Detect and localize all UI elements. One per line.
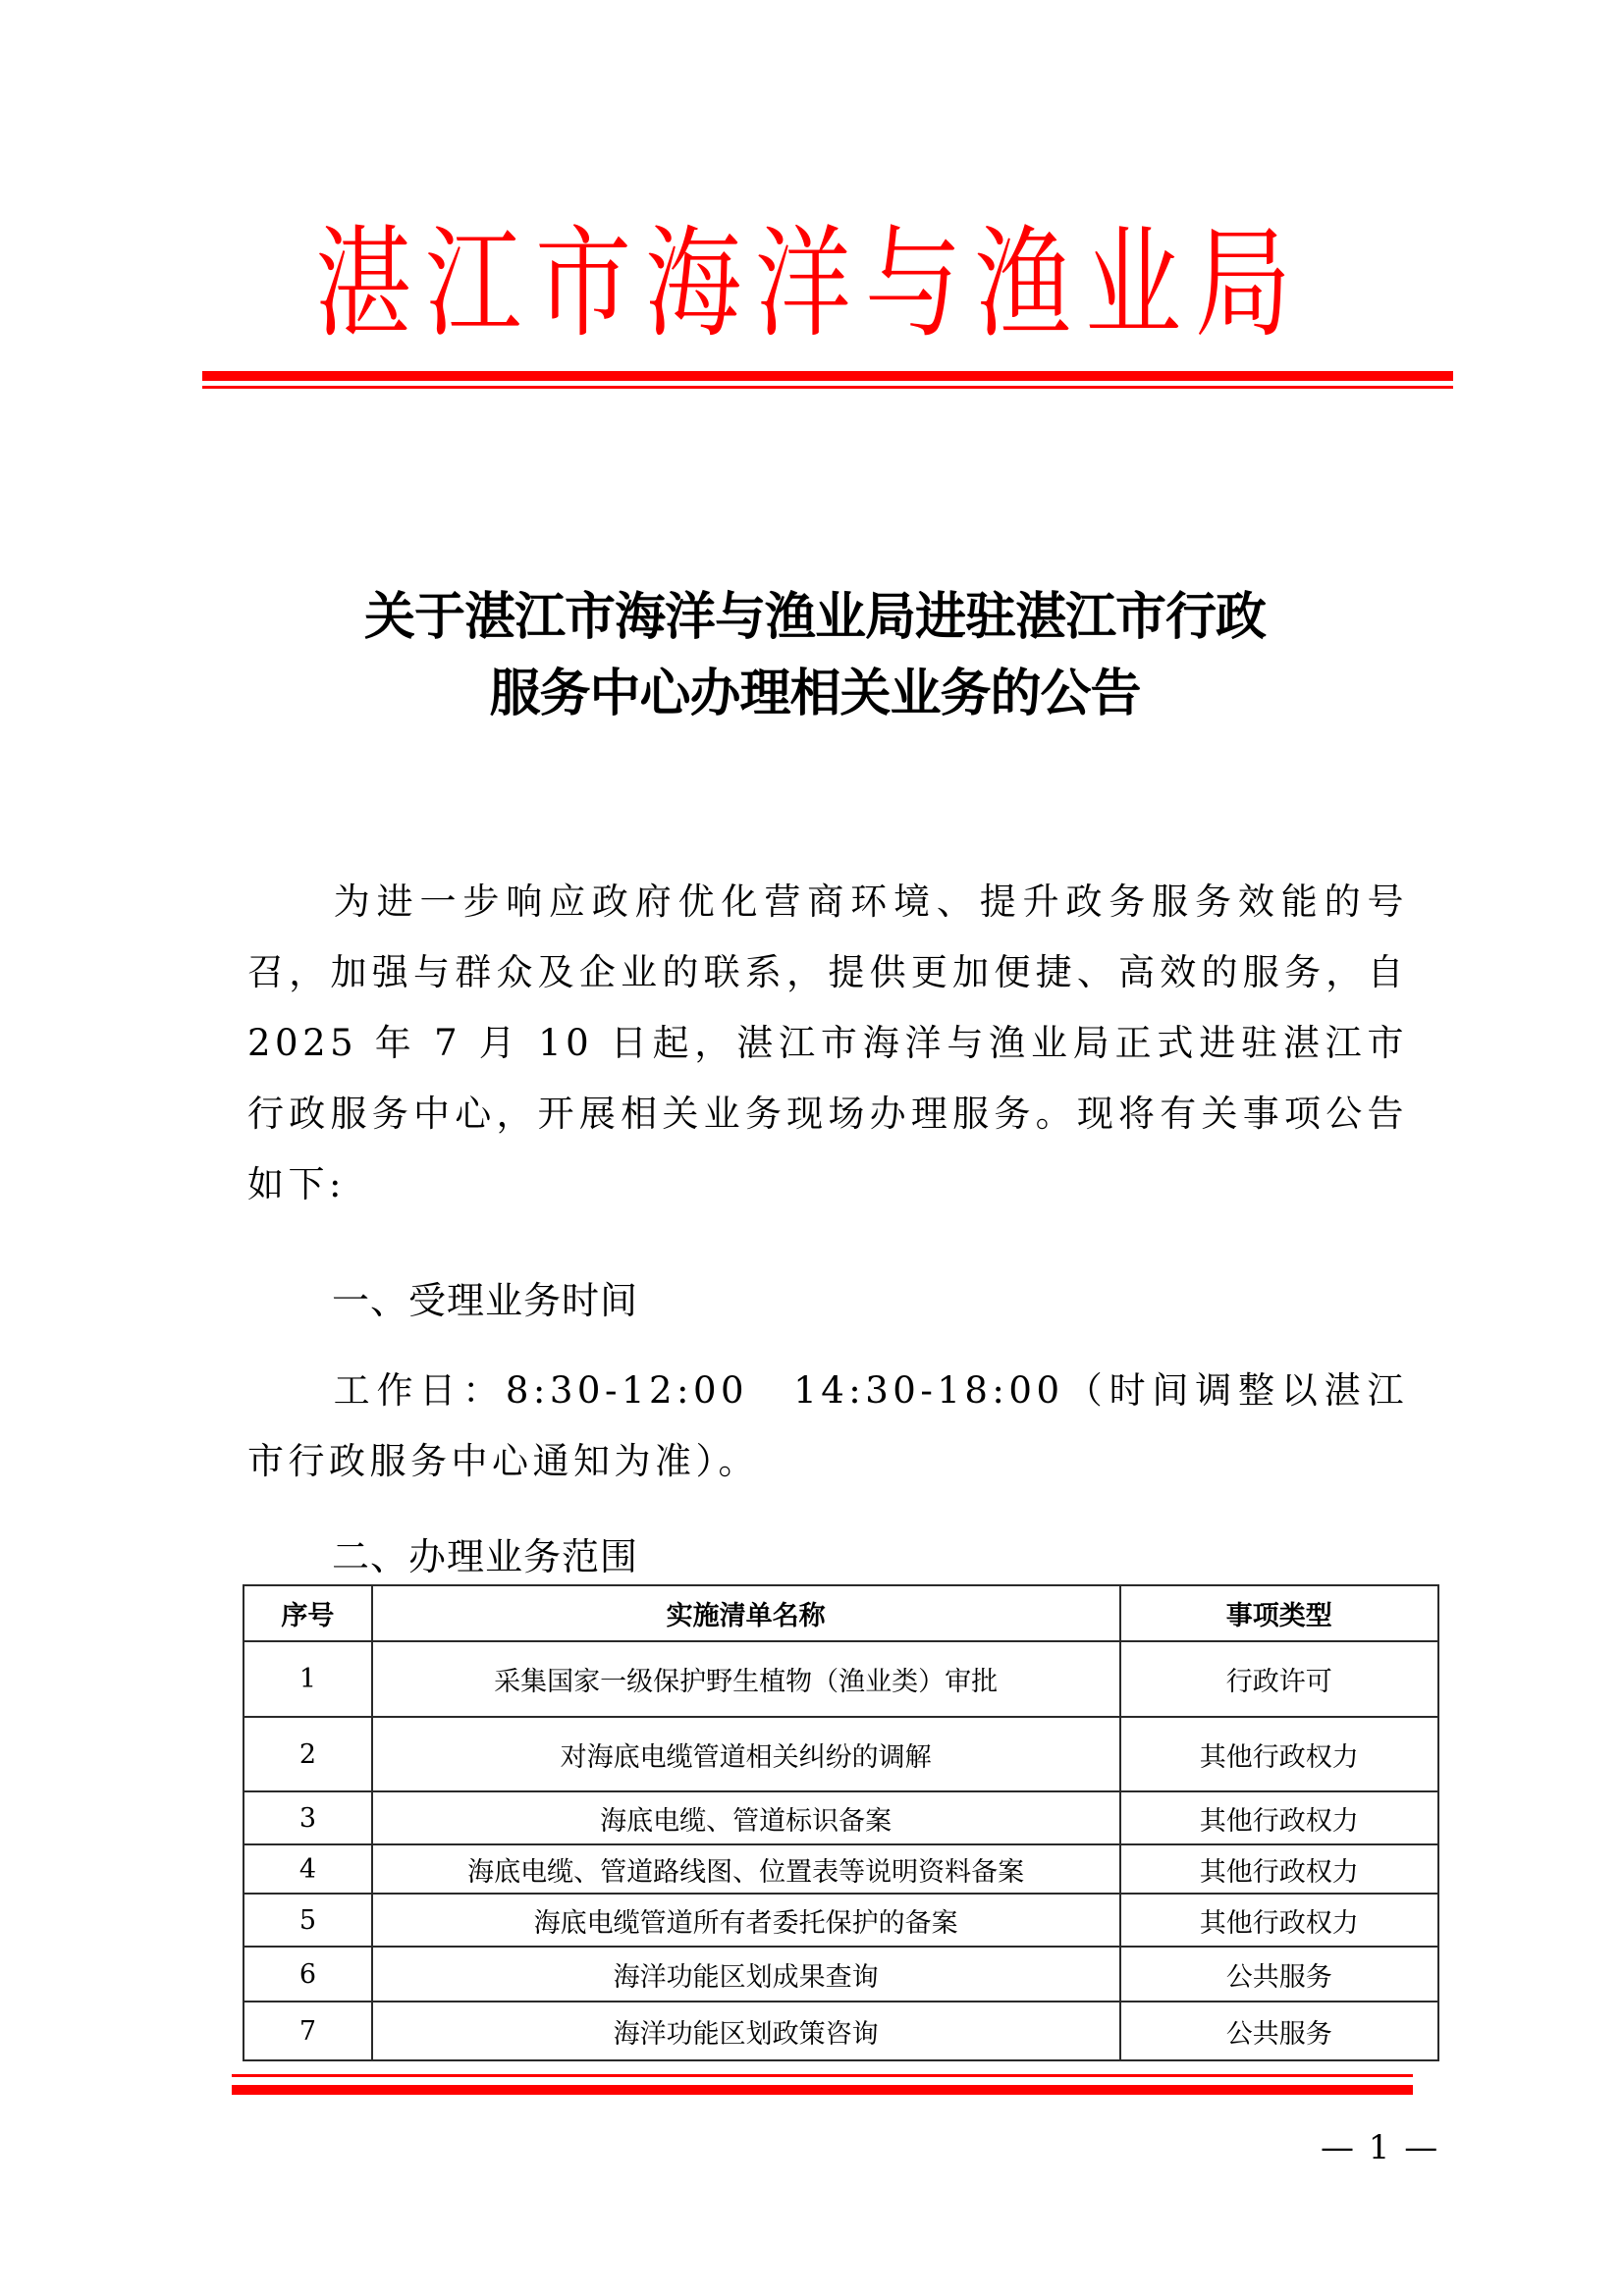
row-no: 6 <box>243 1947 372 2002</box>
row-name: 海底电缆管道所有者委托保护的备案 <box>372 1894 1120 1947</box>
masthead-title: 湛江市海洋与渔业局 <box>201 211 1419 358</box>
row-type: 行政许可 <box>1120 1641 1438 1717</box>
row-type: 其他行政权力 <box>1120 1717 1438 1791</box>
row-name: 海洋功能区划政策咨询 <box>372 2002 1120 2060</box>
table-row: 3 海底电缆、管道标识备案 其他行政权力 <box>243 1791 1438 1844</box>
row-no: 3 <box>243 1791 372 1844</box>
table-row: 6 海洋功能区划成果查询 公共服务 <box>243 1947 1438 2002</box>
row-type: 公共服务 <box>1120 1947 1438 2002</box>
row-no: 4 <box>243 1844 372 1894</box>
row-name: 对海底电缆管道相关纠纷的调解 <box>372 1717 1120 1791</box>
section1-body: 工作日：8:30-12:00 14:30-18:00（时间调整以湛江市行政服务中… <box>247 1356 1408 1497</box>
masthead-rule-thin <box>202 386 1453 389</box>
row-type: 其他行政权力 <box>1120 1844 1438 1894</box>
row-name: 海底电缆、管道标识备案 <box>372 1791 1120 1844</box>
row-type: 其他行政权力 <box>1120 1894 1438 1947</box>
row-no: 1 <box>243 1641 372 1717</box>
header-no: 序号 <box>243 1585 372 1641</box>
row-name: 采集国家一级保护野生植物（渔业类）审批 <box>372 1641 1120 1717</box>
footer-rule-thick <box>232 2085 1413 2095</box>
header-name: 实施清单名称 <box>372 1585 1120 1641</box>
row-name: 海洋功能区划成果查询 <box>372 1947 1120 2002</box>
header-type: 事项类型 <box>1120 1585 1438 1641</box>
row-name: 海底电缆、管道路线图、位置表等说明资料备案 <box>372 1844 1120 1894</box>
table-row: 4 海底电缆、管道路线图、位置表等说明资料备案 其他行政权力 <box>243 1844 1438 1894</box>
section1-heading: 一、受理业务时间 <box>332 1276 638 1325</box>
row-no: 5 <box>243 1894 372 1947</box>
table-header-row: 序号 实施清单名称 事项类型 <box>243 1585 1438 1641</box>
table-row: 2 对海底电缆管道相关纠纷的调解 其他行政权力 <box>243 1717 1438 1791</box>
section2-heading: 二、办理业务范围 <box>332 1532 638 1581</box>
page-number: — 1 — <box>1321 2128 1439 2167</box>
row-type: 其他行政权力 <box>1120 1791 1438 1844</box>
document-title-line1: 关于湛江市海洋与渔业局进驻湛江市行政 <box>226 586 1404 649</box>
table-row: 7 海洋功能区划政策咨询 公共服务 <box>243 2002 1438 2060</box>
row-type: 公共服务 <box>1120 2002 1438 2060</box>
row-no: 2 <box>243 1717 372 1791</box>
business-scope-table: 序号 实施清单名称 事项类型 1 采集国家一级保护野生植物（渔业类）审批 行政许… <box>243 1584 1439 2061</box>
intro-paragraph: 为进一步响应政府优化营商环境、提升政务服务效能的号召，加强与群众及企业的联系，提… <box>247 867 1408 1220</box>
footer-rule-thin <box>232 2074 1413 2077</box>
document-title-line2: 服务中心办理相关业务的公告 <box>226 663 1404 725</box>
masthead-rule-thick <box>202 371 1453 381</box>
table-row: 5 海底电缆管道所有者委托保护的备案 其他行政权力 <box>243 1894 1438 1947</box>
table-row: 1 采集国家一级保护野生植物（渔业类）审批 行政许可 <box>243 1641 1438 1717</box>
row-no: 7 <box>243 2002 372 2060</box>
